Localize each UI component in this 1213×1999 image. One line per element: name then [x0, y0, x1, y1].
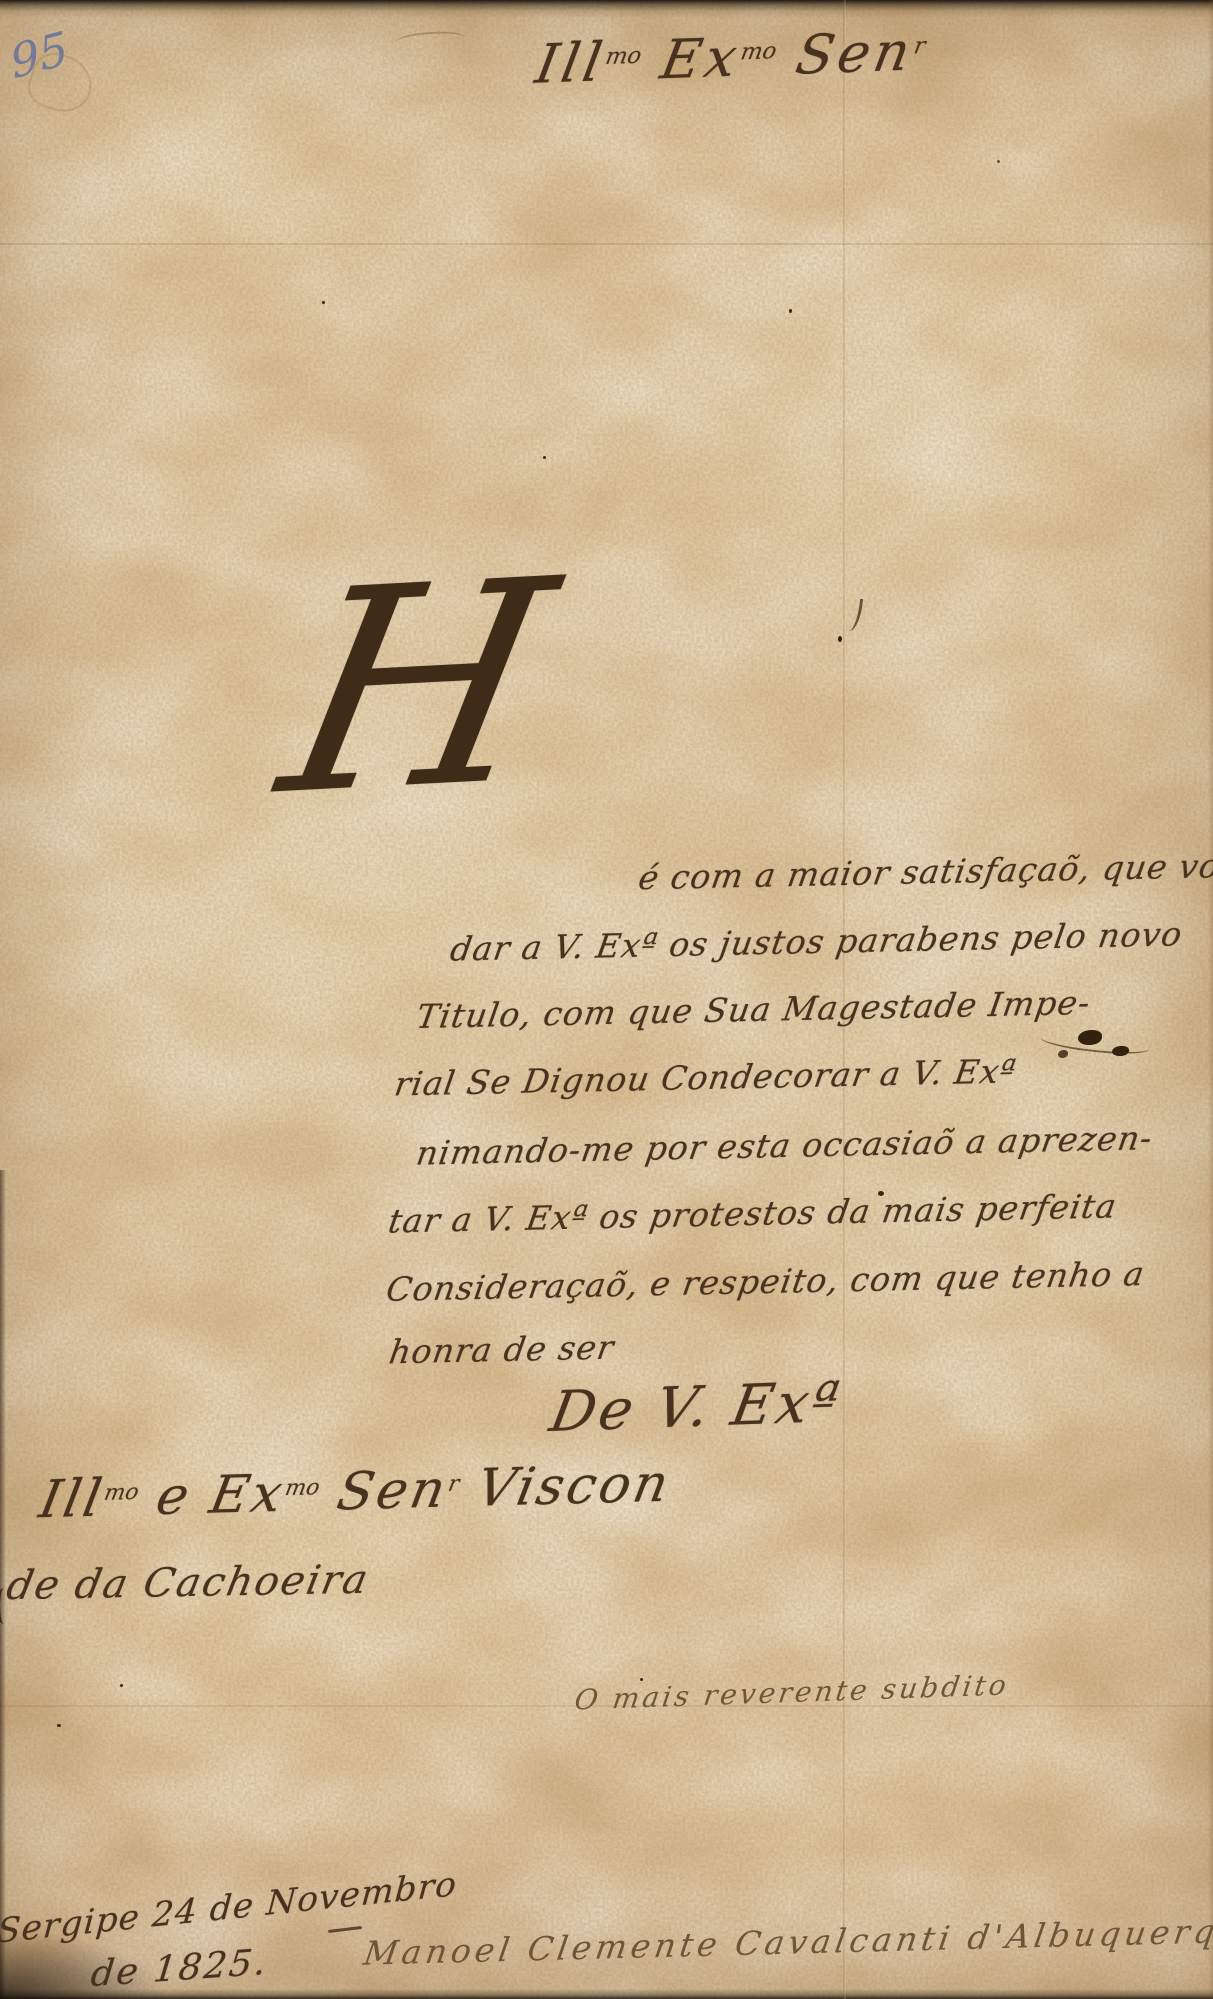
ink-blot [1112, 1046, 1129, 1056]
pen-dash [328, 1926, 362, 1933]
heading-part: Ill [531, 30, 611, 95]
body-line-2: dar a V. Exª os justos parabens pelo nov… [448, 914, 1186, 968]
body-line-5: nimando-me por esta occasiaõ a aprezen- [414, 1118, 1156, 1172]
address-part: e Ex [132, 1464, 290, 1528]
letter-page: 95 Illmo Exmo Senr H é com a maior satis… [0, 0, 1213, 1999]
body-line-1: é com a maior satisfaçaõ, que vou [636, 846, 1213, 898]
address-superscript: mo [283, 1475, 322, 1501]
address-line-2: de da Cachoeira [3, 1557, 374, 1609]
fold-line-horizontal-top [0, 243, 1213, 245]
ink-speck [322, 301, 325, 304]
heading-superscript: mo [604, 43, 644, 70]
heading-part: Sen [770, 20, 919, 88]
signature: Manoel Clemente Cavalcanti d'Albuquerque [361, 1910, 1213, 1973]
valediction: O mais reverente subdito [572, 1668, 1011, 1716]
closing-formula: De V. Exª [545, 1370, 847, 1445]
address-part: Ill [35, 1469, 109, 1531]
address-part: Sen [313, 1460, 453, 1523]
address-line-1: Illmo e Exmo Senr Viscon [35, 1454, 676, 1530]
body-line-3: Titulo, com que Sua Magestade Impe- [414, 983, 1094, 1036]
heading-superscript: mo [739, 38, 779, 65]
address-part: Viscon [452, 1454, 676, 1520]
body-line-8: honra de ser [387, 1328, 618, 1372]
ink-squiggle [1039, 1028, 1150, 1057]
paper-edge-bottom [0, 1989, 1213, 1999]
heading-part: Ex [635, 26, 746, 92]
salutation-heading: Illmo Exmo Senr [531, 19, 930, 95]
pen-dot-right-margin [838, 636, 842, 642]
body-line-7: Consideraçaõ, e respeito, com que tenho … [384, 1254, 1148, 1309]
ink-blot [1058, 1050, 1068, 1058]
ink-speck [543, 456, 546, 459]
body-line-6: tar a V. Exª os protestos da mais perfei… [386, 1186, 1120, 1240]
archival-number: 95 [7, 21, 72, 90]
ink-speck [120, 1684, 123, 1687]
ink-speck [997, 160, 1000, 163]
ink-blot [1078, 1030, 1102, 1045]
pen-squiggle-top [395, 30, 466, 51]
paper-edge-right [1208, 0, 1213, 1999]
pen-mark-right-margin [846, 597, 864, 632]
body-line-4: rial Se Dignou Condecorar a V. Exª [392, 1052, 1020, 1104]
paper-edge-left [0, 1170, 6, 1999]
initial-capital: H [267, 550, 566, 828]
address-superscript: mo [102, 1480, 141, 1506]
ink-speck [789, 309, 792, 313]
paper-edge-top [0, 0, 1213, 18]
ink-speck [57, 1724, 61, 1727]
